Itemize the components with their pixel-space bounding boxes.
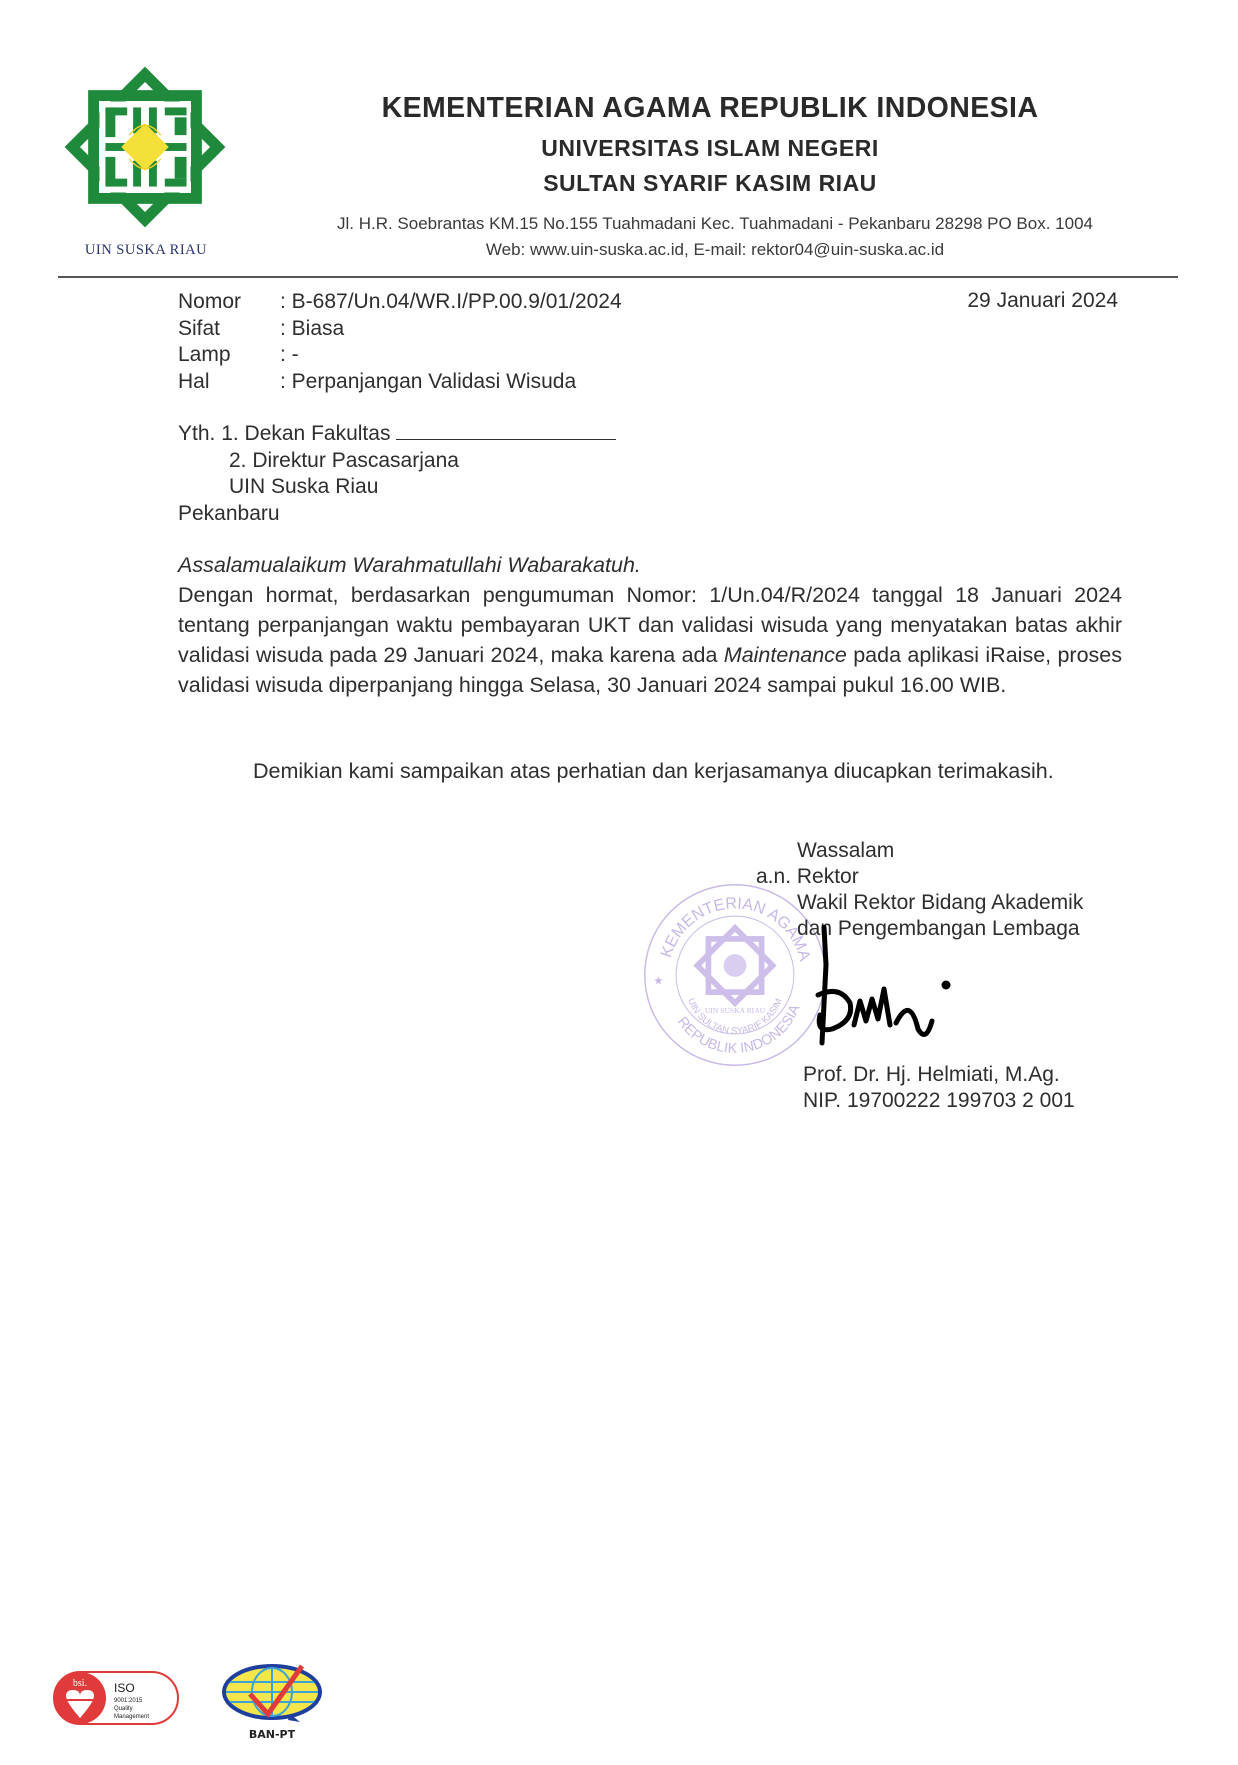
svg-text:ISO: ISO [114, 1681, 135, 1695]
meta-label: Nomor [178, 289, 280, 316]
svg-text:Quality: Quality [114, 1706, 133, 1712]
meta-label: Sifat [178, 316, 280, 343]
recipient-line-2: 2. Direktur Pascasarjana [178, 448, 616, 475]
meta-row-sifat: Sifat : Biasa [178, 316, 622, 343]
svg-text:UIN SUSKA RIAU: UIN SUSKA RIAU [705, 1006, 766, 1015]
ban-pt-accreditation-badge-icon: BAN-PT [220, 1662, 325, 1742]
meta-value: : - [280, 342, 299, 369]
body-paragraph: Dengan hormat, berdasarkan pengumuman No… [178, 580, 1122, 700]
meta-label: Hal [178, 369, 280, 396]
meta-row-hal: Hal : Perpanjangan Validasi Wisuda [178, 369, 622, 396]
svg-text:Management: Management [114, 1714, 149, 1720]
svg-text:★: ★ [653, 976, 663, 988]
letter-meta: Nomor : B-687/Un.04/WR.I/PP.00.9/01/2024… [178, 289, 622, 395]
university-logo-icon [56, 58, 234, 236]
salutation: Wassalam [797, 838, 894, 864]
logo-caption: UIN SUSKA RIAU [58, 242, 234, 259]
svg-text:9001:2015: 9001:2015 [114, 1698, 143, 1704]
signer-nip: NIP. 19700222 199703 2 001 [803, 1088, 1075, 1114]
recipient-city: Pekanbaru [178, 501, 616, 528]
university-heading-line1: UNIVERSITAS ISLAM NEGERI [300, 135, 1120, 162]
svg-text:BAN-PT: BAN-PT [249, 1728, 296, 1741]
signer-name: Prof. Dr. Hj. Helmiati, M.Ag. [803, 1062, 1060, 1088]
meta-value: : Perpanjangan Validasi Wisuda [280, 369, 576, 396]
recipient-block: Yth. 1. Dekan Fakultas 2. Direktur Pasca… [178, 421, 616, 527]
university-heading-line2: SULTAN SYARIF KASIM RIAU [300, 170, 1120, 197]
recipient-line-1: Yth. 1. Dekan Fakultas [178, 421, 616, 448]
meta-row-nomor: Nomor : B-687/Un.04/WR.I/PP.00.9/01/2024 [178, 289, 622, 316]
header-divider [58, 276, 1178, 278]
iso-certification-badge-icon: bsi. ISO 9001:2015 Quality Management [52, 1668, 182, 1728]
address-line: Jl. H.R. Soebrantas KM.15 No.155 Tuahmad… [270, 214, 1160, 234]
ministry-heading: KEMENTERIAN AGAMA REPUBLIK INDONESIA [300, 92, 1120, 125]
handwritten-signature-icon [810, 925, 970, 1055]
paragraph-italic-term: Maintenance [724, 643, 847, 667]
recipient-dean: Yth. 1. Dekan Fakultas [178, 422, 390, 445]
meta-row-lamp: Lamp : - [178, 342, 622, 369]
meta-value: : Biasa [280, 316, 344, 343]
meta-label: Lamp [178, 342, 280, 369]
letter-date: 29 Januari 2024 [900, 289, 1118, 313]
contact-line: Web: www.uin-suska.ac.id, E-mail: rektor… [270, 240, 1160, 260]
meta-value: : B-687/Un.04/WR.I/PP.00.9/01/2024 [280, 289, 622, 316]
svg-text:bsi.: bsi. [73, 1678, 87, 1689]
recipient-line-3: UIN Suska Riau [178, 474, 616, 501]
signer-title-line1: Wakil Rektor Bidang Akademik [797, 890, 1083, 916]
faculty-blank-line [396, 421, 616, 440]
closing-sentence: Demikian kami sampaikan atas perhatian d… [253, 759, 1054, 784]
on-behalf: a.n. Rektor [756, 864, 859, 890]
greeting: Assalamualaikum Warahmatullahi Wabarakat… [178, 553, 641, 578]
